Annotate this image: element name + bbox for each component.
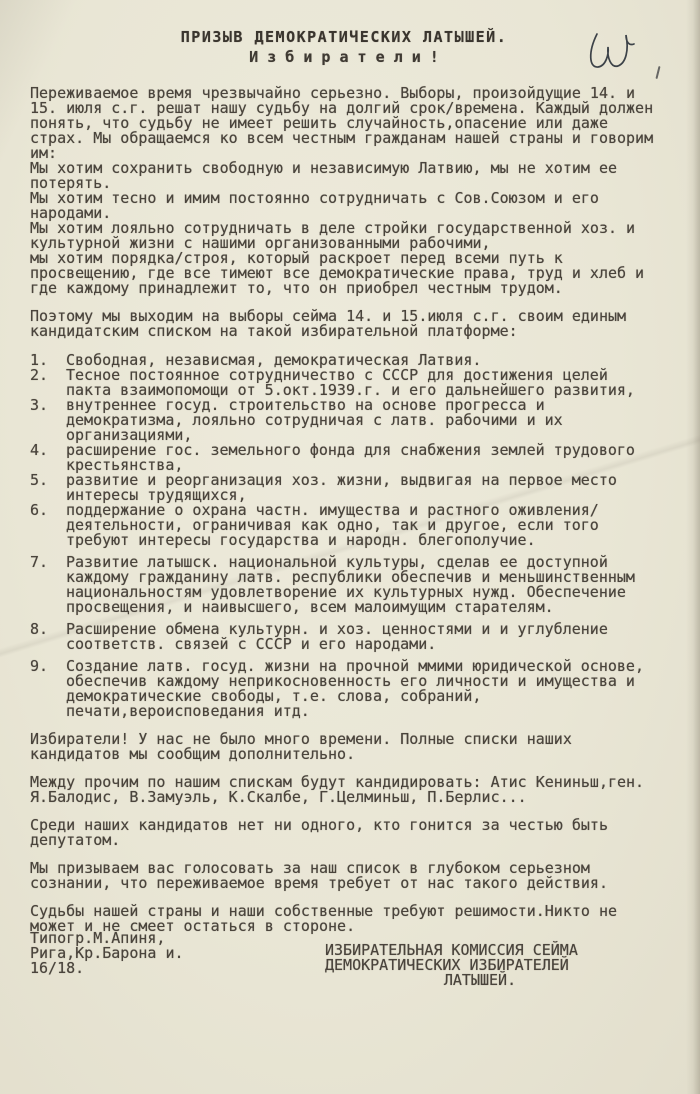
platform-item-text: Создание латв. госуд. жизни на прочной м… xyxy=(66,659,658,719)
platform-item-number: 3. xyxy=(30,398,66,443)
platform-item-text: поддержание о охрана частн. имущества и … xyxy=(66,503,658,548)
closing-paragraph: Мы призываем вас голосовать за наш списо… xyxy=(30,861,658,891)
platform-item: 4. расширение гос. земельного фонда для … xyxy=(30,443,658,473)
demand-paragraph: Мы хотим тесно и имим постоянно сотрудни… xyxy=(30,191,658,221)
intro-paragraph: Переживаемое время чрезвычайно серьезно.… xyxy=(30,86,658,161)
platform-item-text: Расширение обмена культурн. и хоз. ценно… xyxy=(66,622,658,652)
platform-lead-paragraph: Поэтому мы выходим на выборы сейма 14. и… xyxy=(30,309,658,339)
platform-item: 2. Тесное постоянное сотрудничество с СС… xyxy=(30,368,658,398)
platform-item-number: 5. xyxy=(30,473,66,503)
platform-item-number: 4. xyxy=(30,443,66,473)
platform-item-number: 7. xyxy=(30,555,66,615)
demands-block: Мы хотим сохранить свободную и независим… xyxy=(30,161,658,296)
imprint-line: 16/18. xyxy=(30,961,184,976)
demand-paragraph: Мы хотим сохранить свободную и независим… xyxy=(30,161,658,191)
demand-paragraph: Мы хотим лояльно сотрудничать в деле стр… xyxy=(30,221,658,251)
document-title: ПРИЗЫВ ДЕМОКРАТИЧЕСКИХ ЛАТЫШЕЙ. xyxy=(30,30,658,45)
printer-imprint: Типогр.М.Апиня, Рига,Кр.Барона и. 16/18. xyxy=(30,931,184,976)
platform-item-number: 2. xyxy=(30,368,66,398)
closing-paragraph: Среди наших кандидатов нет ни одного, кт… xyxy=(30,818,658,848)
signature-block: ИЗБИРАТЕЛЬНАЯ КОМИССИЯ СЕЙМА ДЕМОКРАТИЧЕ… xyxy=(325,943,635,988)
platform-item: 8. Расширение обмена культурн. и хоз. це… xyxy=(30,622,658,652)
document-subtitle: И з б и р а т е л и ! xyxy=(30,50,658,65)
platform-item-text: Развитие латышск. национальной культуры,… xyxy=(66,555,658,615)
platform-item-number: 8. xyxy=(30,622,66,652)
platform-item: 3. внутреннее госуд. строительство на ос… xyxy=(30,398,658,443)
platform-item: 6. поддержание о охрана частн. имущества… xyxy=(30,503,658,548)
demand-paragraph: мы хотим порядка/строя, который раскроет… xyxy=(30,251,658,296)
signature-line: ЛАТЫШЕЙ. xyxy=(325,973,635,988)
document-content: ПРИЗЫВ ДЕМОКРАТИЧЕСКИХ ЛАТЫШЕЙ. И з б и … xyxy=(0,0,700,988)
scanned-document-page: ПРИЗЫВ ДЕМОКРАТИЧЕСКИХ ЛАТЫШЕЙ. И з б и … xyxy=(0,0,700,1094)
platform-item-number: 6. xyxy=(30,503,66,548)
platform-item: 9. Создание латв. госуд. жизни на прочно… xyxy=(30,659,658,719)
platform-item-text: Тесное постоянное сотрудничество с СССР … xyxy=(66,368,658,398)
platform-item-number: 9. xyxy=(30,659,66,719)
platform-item-text: внутреннее госуд. строительство на основ… xyxy=(66,398,658,443)
platform-item-text: развитие и реорганизация хоз. жизни, выд… xyxy=(66,473,658,503)
platform-item: 5. развитие и реорганизация хоз. жизни, … xyxy=(30,473,658,503)
platform-list: 1. Свободная, независмая, демократическа… xyxy=(30,353,658,719)
closing-paragraph: Избиратели! У нас не было много времени.… xyxy=(30,732,658,762)
closing-block: Избиратели! У нас не было много времени.… xyxy=(30,732,658,934)
platform-item: 7. Развитие латышск. национальной культу… xyxy=(30,555,658,615)
closing-paragraph: Между прочим по нашим спискам будут канд… xyxy=(30,775,658,805)
platform-item-text: расширение гос. земельного фонда для сна… xyxy=(66,443,658,473)
